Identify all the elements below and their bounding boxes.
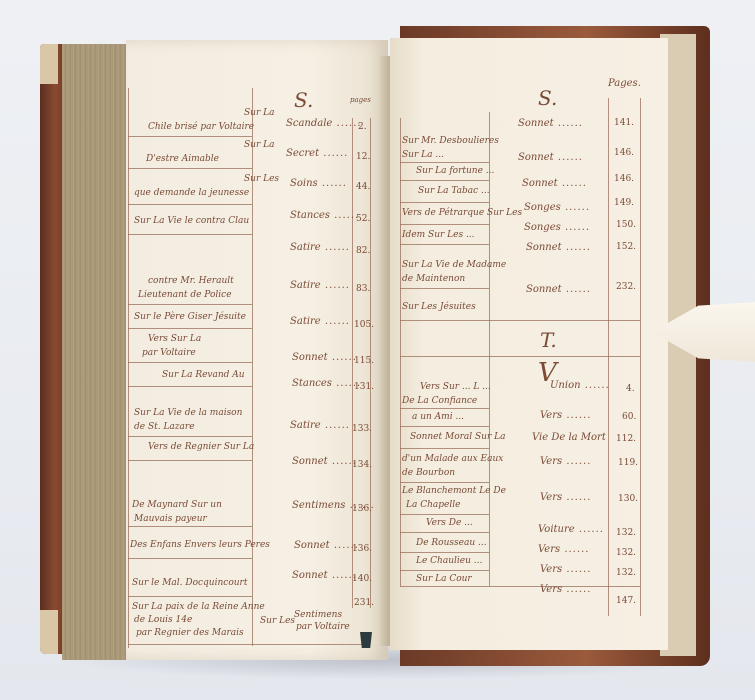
page-number: 52. xyxy=(356,214,370,224)
genre: Stances xyxy=(292,378,361,389)
row-divider xyxy=(400,514,489,515)
page-number: 132. xyxy=(616,548,636,558)
subject-column-rule xyxy=(252,88,253,646)
genre: Sonnet xyxy=(518,152,583,163)
row-divider xyxy=(400,552,489,553)
genre: Stances xyxy=(290,210,359,221)
subject-line: Lieutenant de Police xyxy=(138,290,232,301)
subject-line: Idem Sur Les ... xyxy=(402,230,475,241)
subject-line: Sur La xyxy=(244,108,274,119)
page-number: 83. xyxy=(356,284,370,294)
subject-column-rule xyxy=(489,112,490,586)
page-number: 146. xyxy=(614,148,634,158)
genre: Satire xyxy=(290,280,350,291)
subject-line: La Chapelle xyxy=(406,500,460,511)
row-divider xyxy=(128,436,252,437)
subject-line: de Louis 14e xyxy=(134,615,192,626)
page-number: 4. xyxy=(626,384,635,394)
genre-line: Sentimens xyxy=(294,610,342,621)
row-divider xyxy=(400,482,489,483)
subject-line: Sur La xyxy=(244,140,274,151)
genre: Vers xyxy=(540,492,591,503)
subject-line: D'estre Aimable xyxy=(146,154,219,165)
row-divider xyxy=(400,426,489,427)
bottom-rule xyxy=(400,586,640,587)
page-number: 119. xyxy=(618,458,638,468)
section-letter-s: S. xyxy=(538,86,557,110)
subject-line: par Voltaire xyxy=(142,348,196,359)
page-number: 44. xyxy=(356,182,370,192)
genre: Vers xyxy=(538,544,589,555)
genre: Songes xyxy=(524,222,590,233)
page-number: 2. xyxy=(358,122,367,132)
row-divider xyxy=(128,596,252,597)
page-number: 152. xyxy=(616,242,636,252)
page-number: 136. xyxy=(352,504,372,514)
row-divider xyxy=(400,224,489,225)
subject-line: de Maintenon xyxy=(402,274,465,285)
middle-note: Sur Les xyxy=(260,616,295,627)
page-number: 231. xyxy=(354,598,374,608)
genre: Satire xyxy=(290,420,350,431)
subject-line: Sur La Vie de la maison xyxy=(134,408,242,419)
subject-line: Vers De ... xyxy=(426,518,473,529)
row-divider xyxy=(400,244,489,245)
page-number: 132. xyxy=(616,528,636,538)
genre: Vers xyxy=(540,564,591,575)
row-divider xyxy=(400,570,489,571)
subject-line: De Rousseau ... xyxy=(416,538,487,549)
genre: Sonnet xyxy=(292,570,357,581)
genre: Vers xyxy=(540,410,591,421)
page-number: 130. xyxy=(618,494,638,504)
subject-line: Sur La Vie de Madame xyxy=(402,260,506,271)
left-page-block-edge xyxy=(62,44,128,660)
row-divider xyxy=(128,362,252,363)
page-column-rule-left xyxy=(352,118,353,608)
page-number: 12. xyxy=(356,152,370,162)
subject-line: que demande la jeunesse xyxy=(134,188,249,199)
page-number: 82. xyxy=(356,246,370,256)
subject-line: Chile brisé par Voltaire xyxy=(148,122,254,133)
subject-line: Sur Les Jésuites xyxy=(402,302,476,313)
subject-line: Sur La Revand Au xyxy=(162,370,245,381)
subject-line: Sonnet Moral Sur La xyxy=(410,432,506,443)
genre: Satire xyxy=(290,316,350,327)
bottom-rule xyxy=(128,644,368,645)
page-number: 134. xyxy=(352,460,372,470)
page-number: 132. xyxy=(616,568,636,578)
subject-line: d'un Malade aux Eaux xyxy=(402,454,503,465)
section-divider-t-bottom xyxy=(400,356,640,357)
row-divider xyxy=(128,460,252,461)
genre: Sonnet xyxy=(526,284,591,295)
row-divider xyxy=(128,234,252,235)
page-number: 112. xyxy=(616,434,636,444)
genre: Sonnet xyxy=(522,178,587,189)
row-divider xyxy=(128,304,252,305)
genre: Vie De la Mort xyxy=(532,432,606,443)
genre: Sonnet xyxy=(294,540,359,551)
row-divider xyxy=(400,202,489,203)
genre: Vers xyxy=(540,584,591,595)
right-page: Pages. S. Sonnet 141. Sur Mr. Desboulier… xyxy=(390,38,668,650)
subject-line: Vers Sur La xyxy=(148,334,201,345)
page-column-rule-right xyxy=(640,98,641,616)
row-divider xyxy=(400,288,489,289)
row-divider xyxy=(400,408,489,409)
left-margin-rule xyxy=(400,118,401,586)
section-divider-t-top xyxy=(400,320,640,321)
pages-header: Pages. xyxy=(608,78,641,89)
genre: Sonnet xyxy=(292,456,357,467)
subject-line: Le Blanchemont Le De xyxy=(402,486,506,497)
genre: Scandale xyxy=(286,118,362,129)
row-divider xyxy=(128,558,252,559)
subject-line: Mauvais payeur xyxy=(134,514,207,525)
subject-line: Vers de Pétrarque Sur Les xyxy=(402,208,522,219)
page-number: 105. xyxy=(354,320,374,330)
subject-line: Sur le Mal. Docquincourt xyxy=(132,578,247,589)
page-column-rule-left xyxy=(608,98,609,616)
genre: Songes xyxy=(524,202,590,213)
subject-line: De La Confiance xyxy=(402,396,477,407)
genre: Vers xyxy=(540,456,591,467)
section-letter-t: T. xyxy=(540,328,557,352)
page-number: 149. xyxy=(614,198,634,208)
genre: Union xyxy=(550,380,610,391)
row-divider xyxy=(400,532,489,533)
row-divider xyxy=(400,448,489,449)
genre: Sonnet xyxy=(292,352,357,363)
cover-wear-bottom xyxy=(40,610,58,654)
genre: Soins xyxy=(290,178,347,189)
subject-line: de St. Lazare xyxy=(134,422,195,433)
subject-line: a un Ami ... xyxy=(412,412,464,423)
section-letter-s: S. xyxy=(294,88,313,112)
subject-line: Sur le Père Giser Jésuite xyxy=(134,312,246,323)
subject-line: Le Chaulieu ... xyxy=(416,556,482,567)
subject-line: Vers Sur ... L ... xyxy=(420,382,491,393)
page-number: 136. xyxy=(352,544,372,554)
page-number: 141. xyxy=(614,118,634,128)
subject-line: Sur La Tabac ... xyxy=(418,186,490,197)
page-number: 131. xyxy=(354,382,374,392)
subject-line: contre Mr. Herault xyxy=(148,276,234,287)
ribbon-bookmark xyxy=(360,632,372,648)
page-number: 140. xyxy=(352,574,372,584)
subject-line: Sur La paix de la Reine Anne xyxy=(132,602,265,613)
genre: Voiture xyxy=(538,524,604,535)
row-divider xyxy=(400,162,489,163)
subject-line: De Maynard Sur un xyxy=(132,500,222,511)
row-divider xyxy=(128,526,252,527)
subject-line: Sur Mr. Desboulieres xyxy=(402,136,499,147)
genre-line: par Voltaire xyxy=(296,622,350,633)
row-divider xyxy=(128,204,252,205)
subject-line: Sur La ... xyxy=(402,150,444,161)
subject-line: de Bourbon xyxy=(402,468,455,479)
genre: Satire xyxy=(290,242,350,253)
left-page: S. pages Sur La Chile brisé par Voltaire… xyxy=(126,40,388,660)
row-divider xyxy=(128,168,252,169)
subject-line: Vers de Regnier Sur La xyxy=(148,442,254,453)
cover-wear-top xyxy=(40,44,58,84)
page-number: 60. xyxy=(622,412,636,422)
page-number: 150. xyxy=(616,220,636,230)
page-number: 146. xyxy=(614,174,634,184)
subject-line: Sur La fortune ... xyxy=(416,166,494,177)
page-number: 232. xyxy=(616,282,636,292)
page-number: 133. xyxy=(352,424,372,434)
row-divider xyxy=(128,328,252,329)
row-divider xyxy=(128,136,252,137)
page-number: 147. xyxy=(616,596,636,606)
subject-line: Sur La Cour xyxy=(416,574,472,585)
pages-header: pages xyxy=(350,96,371,104)
subject-line: Sur Les xyxy=(244,174,279,185)
genre: Secret xyxy=(286,148,348,159)
subject-line: Sur La Vie le contra Clau xyxy=(134,216,249,227)
subject-line: par Regnier des Marais xyxy=(136,628,244,639)
row-divider xyxy=(128,386,252,387)
subject-line: Des Enfans Envers leurs Peres xyxy=(130,540,270,551)
page-number: 115. xyxy=(354,356,374,366)
row-divider xyxy=(400,180,489,181)
genre: Sonnet xyxy=(518,118,583,129)
left-margin-rule xyxy=(128,88,129,648)
genre: Sonnet xyxy=(526,242,591,253)
